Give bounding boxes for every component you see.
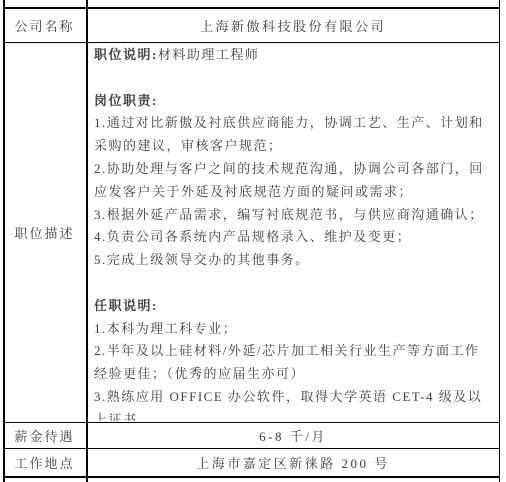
duty-item-1: 1.通过对比新傲及衬底供应商能力，协调工艺、生产、计划和采购的建议，审核客户规范… (94, 112, 492, 158)
duties-heading: 岗位职责: (94, 90, 492, 113)
qualification-item-2: 2.半年及以上硅材料/外延/芯片加工相关行业生产等方面工作经验更佳；（优秀的应届… (94, 340, 492, 386)
job-description-content: 职位说明:材料助理工程师 岗位职责: 1.通过对比新傲及衬底供应商能力，协调工艺… (87, 43, 499, 421)
row-border-bottom (3, 476, 500, 478)
qualification-item-1: 1.本科为理工科专业； (94, 318, 492, 341)
duty-item-2: 2.协助处理与客户之间的技术规范沟通，协调公司各部门，回应发客户关于外延及衬底规… (94, 158, 492, 204)
position-title-line: 职位说明:材料助理工程师 (94, 44, 492, 67)
position-title-heading: 职位说明: (94, 47, 158, 62)
duty-item-4: 4.负责公司各系统内产品规格录入、维护及变更； (94, 226, 492, 249)
duty-item-3: 3.根据外延产品需求，编写衬底规范书，与供应商沟通确认； (94, 204, 492, 227)
duty-item-5: 5.完成上级领导交办的其他事务。 (94, 249, 492, 272)
job-description-label: 职位描述 (3, 43, 86, 421)
company-name-label: 公司名称 (3, 9, 86, 42)
qualifications-heading: 任职说明: (94, 295, 492, 318)
qualification-item-3: 3.熟练应用 OFFICE 办公软件，取得大学英语 CET-4 级及以上证书。 (94, 386, 492, 421)
company-name-value: 上海新傲科技股份有限公司 (87, 9, 499, 42)
work-location-label: 工作地点 (3, 449, 86, 476)
job-posting-table: 公司名称 上海新傲科技股份有限公司 职位描述 职位说明:材料助理工程师 岗位职责… (0, 0, 506, 482)
salary-value: 6-8 千/月 (87, 423, 499, 448)
salary-label: 薪金待遇 (3, 423, 86, 448)
work-location-value: 上海市嘉定区新徕路 200 号 (87, 449, 499, 476)
position-title-value: 材料助理工程师 (158, 47, 260, 62)
